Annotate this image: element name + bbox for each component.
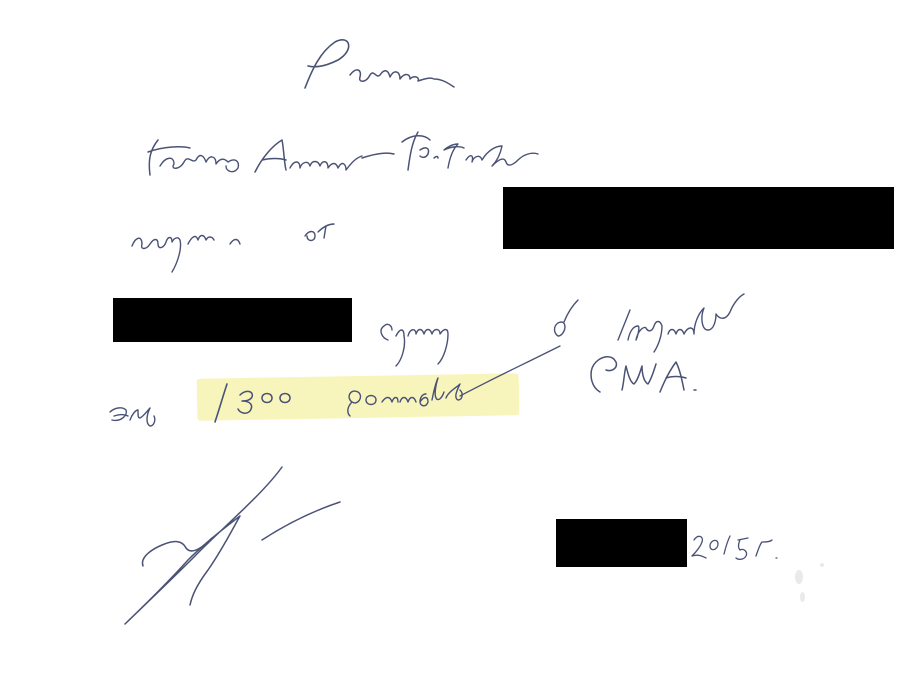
receipt-page: Расписка Бемлинов Алексей Петрович получ… [0, 0, 900, 682]
redaction-date [556, 519, 687, 567]
redaction-payer-2 [113, 298, 352, 342]
redaction-payer-1 [503, 187, 894, 249]
